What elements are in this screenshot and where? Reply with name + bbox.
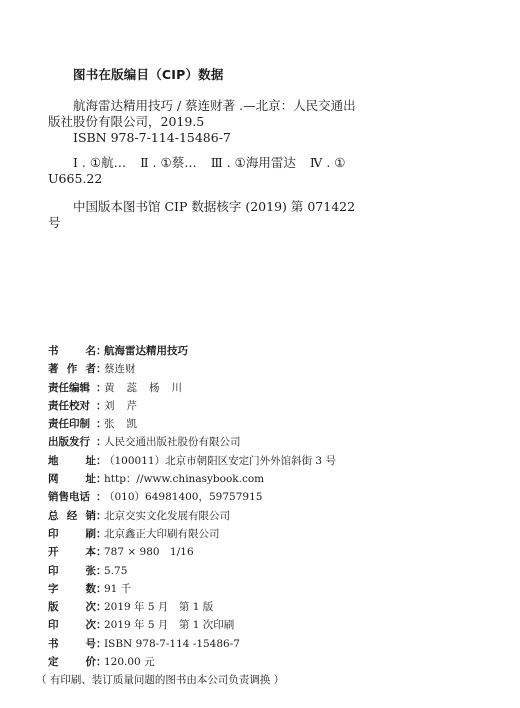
cip-record-number: 中国版本图书馆 CIP 数据核字 (2019) 第 071422 号 <box>48 199 368 231</box>
info-value-part: 杨 <box>149 382 160 394</box>
info-row: 印次：2019 年 5 月 第 1 次印刷 <box>48 616 468 634</box>
info-row: 责任印制：张凯 <box>48 415 468 433</box>
info-value: 航海雷达精用技巧 <box>104 342 188 360</box>
info-row: 总经销：北京交实文化发展有限公司 <box>48 507 468 525</box>
info-value: 人民交通出版社股份有限公司 <box>104 433 241 451</box>
cip-class-2: Ⅱ . ①蔡… <box>140 155 197 170</box>
info-value: 787 × 980 1/16 <box>104 543 194 561</box>
info-label-char: 号 <box>86 635 97 653</box>
info-label: 总经销 <box>48 507 96 525</box>
info-row: 著作者：蔡连财 <box>48 360 468 378</box>
info-value: 120.00 元 <box>104 653 155 671</box>
info-colon: ： <box>96 507 104 525</box>
info-label-char: 地 <box>48 452 59 470</box>
info-value: http：//www.chinasybook.com <box>104 470 264 488</box>
info-label-char: 者 <box>86 360 97 378</box>
info-colon: ： <box>96 360 104 378</box>
info-value-part: 黄 <box>104 382 115 394</box>
info-row: 字数：91 千 <box>48 580 468 598</box>
info-label-char: 数 <box>86 580 97 598</box>
cip-title: 图书在版编目（CIP）数据 <box>73 66 368 84</box>
info-label-char: 址 <box>86 452 97 470</box>
info-label-char: 印 <box>48 525 59 543</box>
info-label-char: 作 <box>67 360 78 378</box>
info-label-char: 次 <box>86 598 97 616</box>
info-value: 91 千 <box>104 580 131 598</box>
info-label-char: 著 <box>48 360 59 378</box>
info-row: 出版发行：人民交通出版社股份有限公司 <box>48 433 468 451</box>
info-value: 北京交实文化发展有限公司 <box>104 507 230 525</box>
info-row: 地址：（100011）北京市朝阳区安定门外外馆斜街 3 号 <box>48 452 468 470</box>
info-label-char: 定 <box>48 653 59 671</box>
info-label: 印刷 <box>48 525 96 543</box>
info-row: 网址：http：//www.chinasybook.com <box>48 470 468 488</box>
info-label-char: 网 <box>48 470 59 488</box>
info-label: 书号 <box>48 635 96 653</box>
cip-class-3: Ⅲ . ①海用雷达 <box>211 155 296 170</box>
info-colon: ： <box>96 379 104 397</box>
info-value: 2019 年 5 月 第 1 次印刷 <box>104 616 234 634</box>
info-label-char: 刷 <box>86 525 97 543</box>
info-row: 书号：ISBN 978-7-114 -15486-7 <box>48 635 468 653</box>
info-label-char: 印 <box>48 616 59 634</box>
info-label: 印次 <box>48 616 96 634</box>
info-label: 字数 <box>48 580 96 598</box>
info-colon: ： <box>96 635 104 653</box>
info-value-part: 川 <box>172 382 183 394</box>
info-label: 出版发行 <box>48 433 96 451</box>
info-label-char: 址 <box>86 470 97 488</box>
info-value: （010）64981400，59757915 <box>104 488 262 506</box>
info-value: 蔡连财 <box>104 360 136 378</box>
info-label: 定价 <box>48 653 96 671</box>
info-label-char: 书 <box>48 342 59 360</box>
info-label-char: 张 <box>86 562 97 580</box>
info-label-char: 书 <box>48 635 59 653</box>
info-value: 黄蕊杨川 <box>104 379 182 397</box>
info-label-char: 名 <box>86 342 97 360</box>
info-colon: ： <box>96 342 104 360</box>
info-label-char: 责任编辑 <box>48 379 90 397</box>
info-label-char: 字 <box>48 580 59 598</box>
cip-class-1: Ⅰ . ①航… <box>73 155 126 170</box>
info-colon: ： <box>96 616 104 634</box>
info-value: 2019 年 5 月 第 1 版 <box>104 598 213 616</box>
info-colon: ： <box>96 433 104 451</box>
info-label: 著作者 <box>48 360 96 378</box>
info-colon: ： <box>96 470 104 488</box>
info-row: 书名：航海雷达精用技巧 <box>48 342 468 360</box>
info-colon: ： <box>96 525 104 543</box>
info-row: 责任校对：刘芹 <box>48 397 468 415</box>
info-label: 责任印制 <box>48 415 96 433</box>
info-label-char: 总 <box>48 507 59 525</box>
cip-data-block: 图书在版编目（CIP）数据 航海雷达精用技巧 / 蔡连财著 .—北京：人民交通出… <box>48 66 368 231</box>
info-label: 书名 <box>48 342 96 360</box>
cip-classification: Ⅰ . ①航…Ⅱ . ①蔡…Ⅲ . ①海用雷达Ⅳ . ① U665.22 <box>48 155 368 187</box>
info-value-part: 蕊 <box>127 382 138 394</box>
info-row: 印刷：北京鑫正大印刷有限公司 <box>48 525 468 543</box>
info-colon: ： <box>96 580 104 598</box>
info-row: 定价：120.00 元 <box>48 653 468 671</box>
info-row: 责任编辑：黄蕊杨川 <box>48 379 468 397</box>
info-value-part: 刘 <box>104 400 115 412</box>
info-label: 网址 <box>48 470 96 488</box>
info-label: 开本 <box>48 543 96 561</box>
info-colon: ： <box>96 562 104 580</box>
info-colon: ： <box>96 415 104 433</box>
info-label-char: 出版发行 <box>48 433 90 451</box>
replacement-note: （ 有印刷、装订质量问题的图书由本公司负责调换 ） <box>36 671 468 689</box>
info-colon: ： <box>96 488 104 506</box>
info-value: 5.75 <box>104 562 127 580</box>
info-value: 北京鑫正大印刷有限公司 <box>104 525 220 543</box>
info-colon: ： <box>96 653 104 671</box>
cip-isbn: ISBN 978-7-114-15486-7 <box>48 130 368 146</box>
info-label-char: 销售电话 <box>48 488 90 506</box>
info-label: 地址 <box>48 452 96 470</box>
info-label-char: 责任校对 <box>48 397 90 415</box>
info-value: ISBN 978-7-114 -15486-7 <box>104 635 240 653</box>
copyright-info-block: 书名：航海雷达精用技巧著作者：蔡连财责任编辑：黄蕊杨川责任校对：刘芹责任印制：张… <box>48 342 468 690</box>
info-label-char: 销 <box>86 507 97 525</box>
info-label: 责任编辑 <box>48 379 96 397</box>
info-colon: ： <box>96 397 104 415</box>
info-value-part: 凯 <box>127 418 138 430</box>
info-label-char: 经 <box>67 507 78 525</box>
info-row: 开本：787 × 980 1/16 <box>48 543 468 561</box>
info-value: 张凯 <box>104 415 137 433</box>
info-label-char: 印 <box>48 562 59 580</box>
info-label-char: 开 <box>48 543 59 561</box>
info-label: 责任校对 <box>48 397 96 415</box>
info-label: 印张 <box>48 562 96 580</box>
info-colon: ： <box>96 543 104 561</box>
info-label: 版次 <box>48 598 96 616</box>
info-value: （100011）北京市朝阳区安定门外外馆斜街 3 号 <box>104 452 336 470</box>
info-row: 版次：2019 年 5 月 第 1 版 <box>48 598 468 616</box>
info-row: 销售电话：（010）64981400，59757915 <box>48 488 468 506</box>
info-colon: ： <box>96 452 104 470</box>
info-label: 销售电话 <box>48 488 96 506</box>
cip-description: 航海雷达精用技巧 / 蔡连财著 .—北京：人民交通出版社股份有限公司，2019.… <box>48 98 368 130</box>
info-value-part: 芹 <box>127 400 138 412</box>
info-label-char: 价 <box>86 653 97 671</box>
info-label-char: 责任印制 <box>48 415 90 433</box>
info-row: 印张：5.75 <box>48 562 468 580</box>
info-value: 刘芹 <box>104 397 137 415</box>
info-label-char: 本 <box>86 543 97 561</box>
info-value-part: 张 <box>104 418 115 430</box>
info-colon: ： <box>96 598 104 616</box>
info-label-char: 版 <box>48 598 59 616</box>
info-label-char: 次 <box>86 616 97 634</box>
